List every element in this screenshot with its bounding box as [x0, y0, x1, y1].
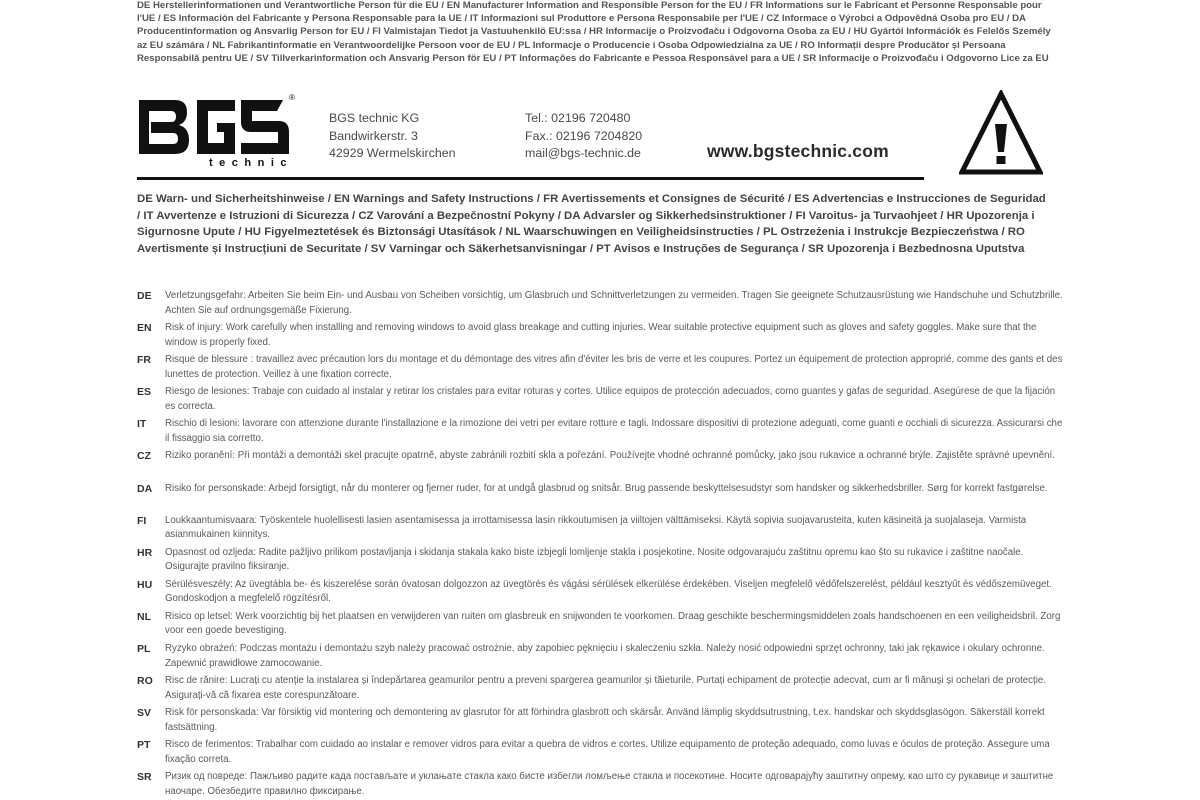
warning-text: Opasnost od ozljeda: Radite pažljivo pri…	[165, 546, 1065, 575]
language-code: SR	[137, 770, 161, 785]
warning-item: FILoukkaantumisvaara: Työskentele huolel…	[137, 514, 1062, 546]
warning-item: ENRisk of injury: Work carefully when in…	[137, 321, 1062, 353]
warning-item: ESRiesgo de lesiones: Trabaje con cuidad…	[137, 385, 1062, 417]
language-code: HU	[137, 578, 161, 593]
warning-triangle-icon	[959, 90, 1043, 176]
warning-item: DEVerletzungsgefahr: Arbeiten Sie beim E…	[137, 289, 1062, 321]
header-divider	[137, 177, 924, 180]
warning-item: CZRiziko poranění: Při montáži a demontá…	[137, 449, 1062, 481]
language-code: DE	[137, 289, 161, 304]
company-fax: Fax.: 02196 7204820	[525, 128, 642, 146]
warning-item: DARisiko for personskade: Arbejd forsigt…	[137, 482, 1062, 514]
company-city: 42929 Wermelskirchen	[329, 145, 456, 163]
warning-text: Riziko poranění: Při montáži a demontáži…	[165, 449, 1065, 464]
warning-text: Loukkaantumisvaara: Työskentele huolelli…	[165, 514, 1065, 543]
company-phone: Tel.: 02196 720480	[525, 110, 642, 128]
language-code: HR	[137, 546, 161, 561]
warning-item: SVRisk för personskada: Var försiktig vi…	[137, 706, 1062, 738]
language-code: CZ	[137, 449, 161, 464]
company-email: mail@bgs-technic.de	[525, 145, 642, 163]
language-code: RO	[137, 674, 161, 689]
language-code: IT	[137, 417, 161, 432]
language-code: DA	[137, 482, 161, 497]
warning-text: Risico op letsel: Werk voorzichtig bij h…	[165, 610, 1065, 639]
company-name: BGS technic KG	[329, 110, 456, 128]
language-code: FR	[137, 353, 161, 368]
language-code: NL	[137, 610, 161, 625]
warning-text: Verletzungsgefahr: Arbeiten Sie beim Ein…	[165, 289, 1065, 318]
warning-text: Risc de rănire: Lucrați cu atenție la in…	[165, 674, 1065, 703]
warning-text: Ryzyko obrażeń: Podczas montażu i demont…	[165, 642, 1065, 671]
company-street: Bandwirkerstr. 3	[329, 128, 456, 146]
company-header: ® technic BGS technic KG Bandwirkerstr. …	[137, 92, 1062, 178]
warning-text: Risk för personskada: Var försiktig vid …	[165, 706, 1065, 735]
warning-text: Risque de blessure : travaillez avec pré…	[165, 353, 1065, 382]
warning-text: Risk of injury: Work carefully when inst…	[165, 321, 1065, 350]
language-code: ES	[137, 385, 161, 400]
warnings-list: DEVerletzungsgefahr: Arbeiten Sie beim E…	[137, 289, 1062, 800]
svg-text:technic: technic	[209, 157, 293, 167]
language-code: PL	[137, 642, 161, 657]
warning-text: Risco de ferimentos: Trabalhar com cuida…	[165, 738, 1065, 767]
company-contact: Tel.: 02196 720480 Fax.: 02196 7204820 m…	[525, 110, 642, 163]
warning-text: Sérülésveszély: Az üvegtábla be- és kisz…	[165, 578, 1065, 607]
language-code: PT	[137, 738, 161, 753]
warning-text: Risiko for personskade: Arbejd forsigtig…	[165, 482, 1065, 497]
warning-item: PLRyzyko obrażeń: Podczas montażu i demo…	[137, 642, 1062, 674]
language-code: SV	[137, 706, 161, 721]
warning-text: Ризик од повреде: Пажљиво радите када по…	[165, 770, 1065, 799]
warning-item: PTRisco de ferimentos: Trabalhar com cui…	[137, 738, 1062, 770]
warning-text: Rischio di lesioni: lavorare con attenzi…	[165, 417, 1065, 446]
company-address: BGS technic KG Bandwirkerstr. 3 42929 We…	[329, 110, 456, 163]
warning-item: FRRisque de blessure : travaillez avec p…	[137, 353, 1062, 385]
warning-item: RORisc de rănire: Lucrați cu atenție la …	[137, 674, 1062, 706]
language-code: EN	[137, 321, 161, 336]
bgs-technic-logo: ® technic	[137, 92, 297, 167]
warning-item: NLRisico op letsel: Werk voorzichtig bij…	[137, 610, 1062, 642]
warning-item: HUSérülésveszély: Az üvegtábla be- és ki…	[137, 578, 1062, 610]
warning-item: ITRischio di lesioni: lavorare con atten…	[137, 417, 1062, 449]
warning-text: Riesgo de lesiones: Trabaje con cuidado …	[165, 385, 1065, 414]
section-title: DE Warn- und Sicherheitshinweise / EN Wa…	[137, 191, 1052, 257]
eu-responsibility-header: DE Herstellerinformationen und Verantwor…	[137, 0, 1052, 65]
company-website: www.bgstechnic.com	[707, 141, 889, 162]
warning-item: HROpasnost od ozljeda: Radite pažljivo p…	[137, 546, 1062, 578]
warning-item: SRРизик од повреде: Пажљиво радите када …	[137, 770, 1062, 800]
language-code: FI	[137, 514, 161, 529]
svg-text:®: ®	[289, 93, 295, 102]
